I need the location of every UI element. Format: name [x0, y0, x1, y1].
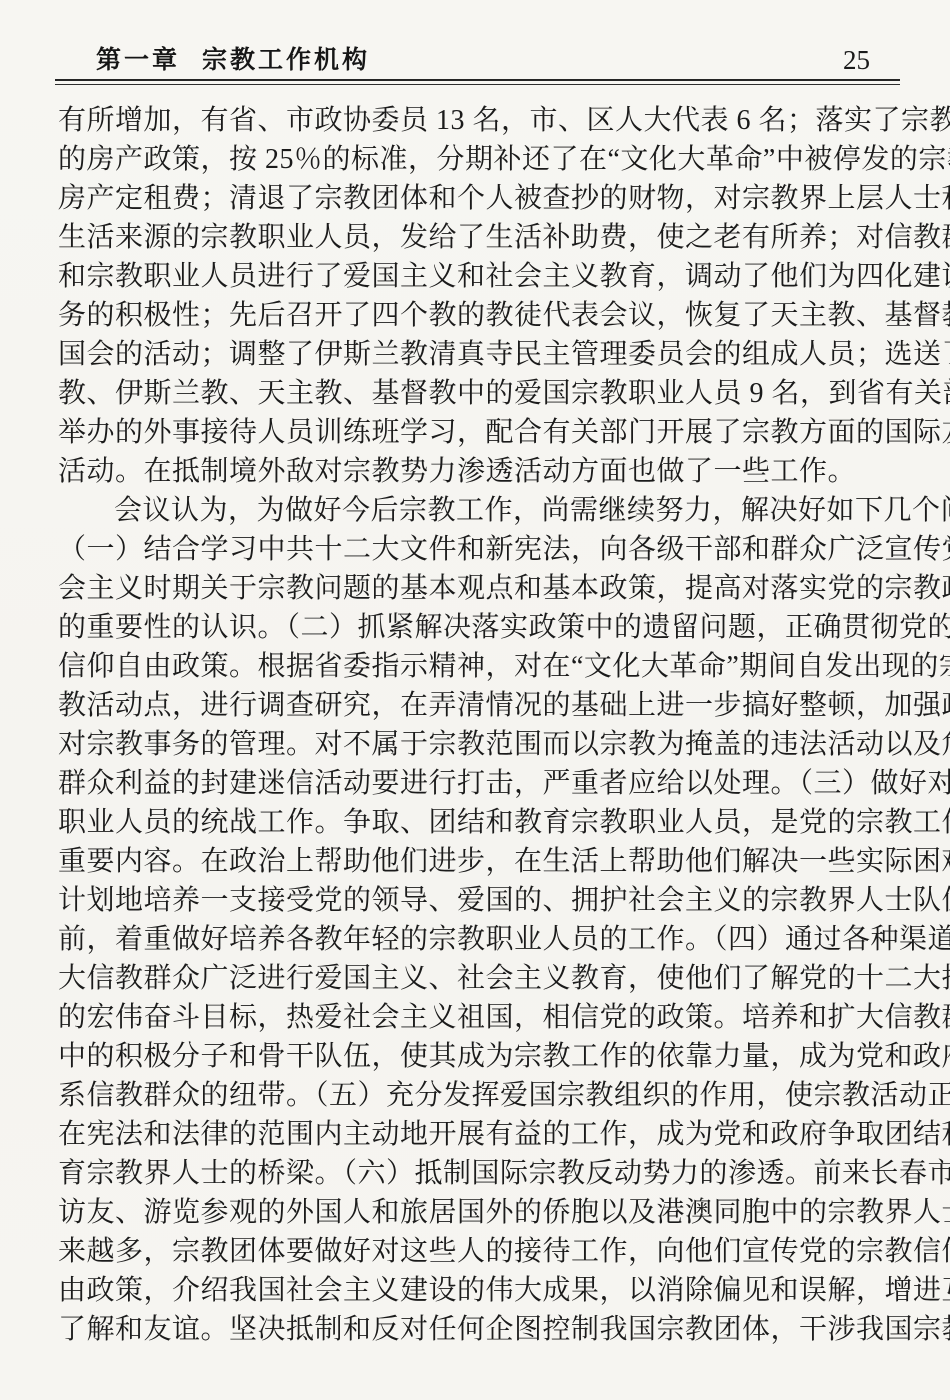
text-line: 教、伊斯兰教、天主教、基督教中的爱国宗教职业人员 9 名，到省有关部门: [58, 374, 902, 413]
text-line: 和宗教职业人员进行了爱国主义和社会主义教育，调动了他们为四化建设服: [58, 257, 902, 296]
text-line: 信仰自由政策。根据省委指示精神，对在“文化大革命”期间自发出现的宗: [58, 647, 902, 686]
chapter-title: 宗教工作机构: [202, 46, 370, 74]
text-line: 活动。在抵制境外敌对宗教势力渗透活动方面也做了一些工作。: [58, 452, 902, 491]
text-line: 由政策，介绍我国社会主义建设的伟大成果，以消除偏见和误解，增进互相: [58, 1271, 902, 1310]
chapter-heading: 第一章宗教工作机构: [58, 40, 370, 76]
text-line: 访友、游览参观的外国人和旅居国外的侨胞以及港澳同胞中的宗教界人士越: [58, 1193, 902, 1232]
chapter-number: 第一章: [96, 46, 180, 74]
text-line: 的房产政策，按 25％的标准，分期补还了在“文化大革命”中被停发的宗教: [58, 140, 902, 179]
header-divider-rule: [55, 79, 900, 85]
text-line: 育宗教界人士的桥梁。（六）抵制国际宗教反动势力的渗透。前来长春市探亲: [58, 1154, 902, 1193]
text-line: 计划地培养一支接受党的领导、爱国的、拥护社会主义的宗教界人士队伍。目: [58, 881, 902, 920]
text-line: 重要内容。在政治上帮助他们进步，在生活上帮助他们解决一些实际困难。有: [58, 842, 902, 881]
text-line: 大信教群众广泛进行爱国主义、社会主义教育，使他们了解党的十二大提出: [58, 959, 902, 998]
text-line: 了解和友谊。坚决抵制和反对任何企图控制我国宗教团体，干涉我国宗教事: [58, 1310, 902, 1349]
text-line: 在宪法和法律的范围内主动地开展有益的工作，成为党和政府争取团结和教: [58, 1115, 902, 1154]
text-line: 生活来源的宗教职业人员，发给了生活补助费，使之老有所养；对信教群众: [58, 218, 902, 257]
document-page: 第一章宗教工作机构 25 有所增加，有省、市政协委员 13 名，市、区人大代表 …: [0, 0, 950, 1400]
text-line: 举办的外事接待人员训练班学习，配合有关部门开展了宗教方面的国际友好: [58, 413, 902, 452]
page-number: 25: [843, 45, 898, 76]
text-block: 有所增加，有省、市政协委员 13 名，市、区人大代表 6 名；落实了宗教团体 的…: [58, 101, 902, 1349]
text-line: （一）结合学习中共十二大文件和新宪法，向各级干部和群众广泛宣传党在社: [58, 530, 902, 569]
text-line: 职业人员的统战工作。争取、团结和教育宗教职业人员，是党的宗教工作的: [58, 803, 902, 842]
text-line: 会主义时期关于宗教问题的基本观点和基本政策，提高对落实党的宗教政策: [58, 569, 902, 608]
text-line: 国会的活动；调整了伊斯兰教清真寺民主管理委员会的组成人员；选送了佛: [58, 335, 902, 374]
text-line: 对宗教事务的管理。对不属于宗教范围而以宗教为掩盖的违法活动以及危害: [58, 725, 902, 764]
text-line: 来越多，宗教团体要做好对这些人的接待工作，向他们宣传党的宗教信仰自: [58, 1232, 902, 1271]
text-line: 中的积极分子和骨干队伍，使其成为宗教工作的依靠力量，成为党和政府联: [58, 1037, 902, 1076]
text-line: 的重要性的认识。（二）抓紧解决落实政策中的遗留问题，正确贯彻党的宗教: [58, 608, 902, 647]
text-line: 群众利益的封建迷信活动要进行打击，严重者应给以处理。（三）做好对宗教: [58, 764, 902, 803]
text-line: 务的积极性；先后召开了四个教的教徒代表会议，恢复了天主教、基督教爱: [58, 296, 902, 335]
text-line: 教活动点，进行调查研究，在弄清情况的基础上进一步搞好整顿，加强政府: [58, 686, 902, 725]
page-header: 第一章宗教工作机构 25: [58, 40, 898, 76]
text-line: 有所增加，有省、市政协委员 13 名，市、区人大代表 6 名；落实了宗教团体: [58, 101, 902, 140]
text-line: 会议认为，为做好今后宗教工作，尚需继续努力，解决好如下几个问题：: [58, 491, 902, 530]
text-line: 房产定租费；清退了宗教团体和个人被查抄的财物，对宗教界上层人士和无: [58, 179, 902, 218]
text-line: 系信教群众的纽带。（五）充分发挥爱国宗教组织的作用，使宗教活动正常化，: [58, 1076, 902, 1115]
text-line: 前，着重做好培养各教年轻的宗教职业人员的工作。（四）通过各种渠道向广: [58, 920, 902, 959]
text-line: 的宏伟奋斗目标，热爱社会主义祖国，相信党的政策。培养和扩大信教群众: [58, 998, 902, 1037]
